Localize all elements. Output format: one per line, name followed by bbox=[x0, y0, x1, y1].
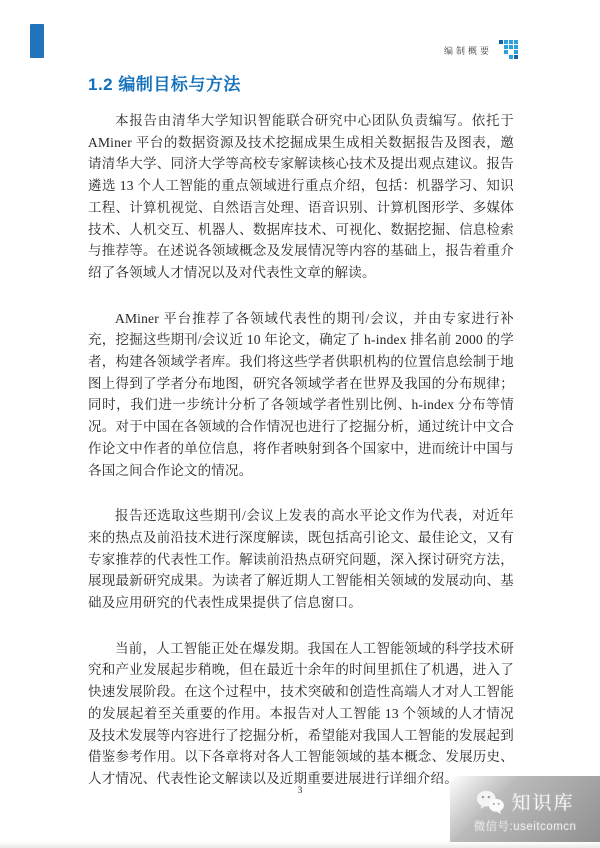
blue-dots-grid-icon bbox=[499, 40, 518, 59]
body-paragraph-2: AMiner 平台推荐了各领域代表性的期刊/会议，并由专家进行补充，挖掘这些期刊… bbox=[88, 308, 514, 482]
body-paragraph-3: 报告还选取这些期刊/会议上发表的高水平论文作为代表，对近年来的热点及前沿技术进行… bbox=[88, 505, 514, 614]
watermark-brand-row: 知识库 bbox=[475, 788, 574, 815]
wechat-icon bbox=[475, 789, 505, 815]
page-bottom-edge bbox=[0, 842, 600, 848]
watermark-wechat-id: 微信号:useitcomcn bbox=[474, 818, 577, 834]
corner-bookmark-tab bbox=[30, 24, 44, 58]
article-body: 1.2 编制目标与方法 本报告由清华大学知识智能联合研究中心团队负责编写。依托于… bbox=[88, 70, 514, 814]
body-paragraph-4: 当前，人工智能正处在爆发期。我国在人工智能领域的科学技术研究和产业发展起步稍晚，… bbox=[88, 638, 514, 790]
watermark-badge: 知识库 微信号:useitcomcn bbox=[450, 776, 600, 846]
watermark-brand: 知识库 bbox=[511, 788, 574, 815]
report-page: 编制概要 1.2 编制目标与方法 本报告由清华大学知识智能联合研究中心团队负责编… bbox=[0, 0, 600, 848]
page-header: 编制概要 bbox=[444, 40, 518, 59]
header-section-label: 编制概要 bbox=[444, 44, 492, 59]
body-paragraph-1: 本报告由清华大学知识智能联合研究中心团队负责编写。依托于 AMiner 平台的数… bbox=[88, 110, 514, 284]
section-heading: 1.2 编制目标与方法 bbox=[88, 70, 514, 95]
